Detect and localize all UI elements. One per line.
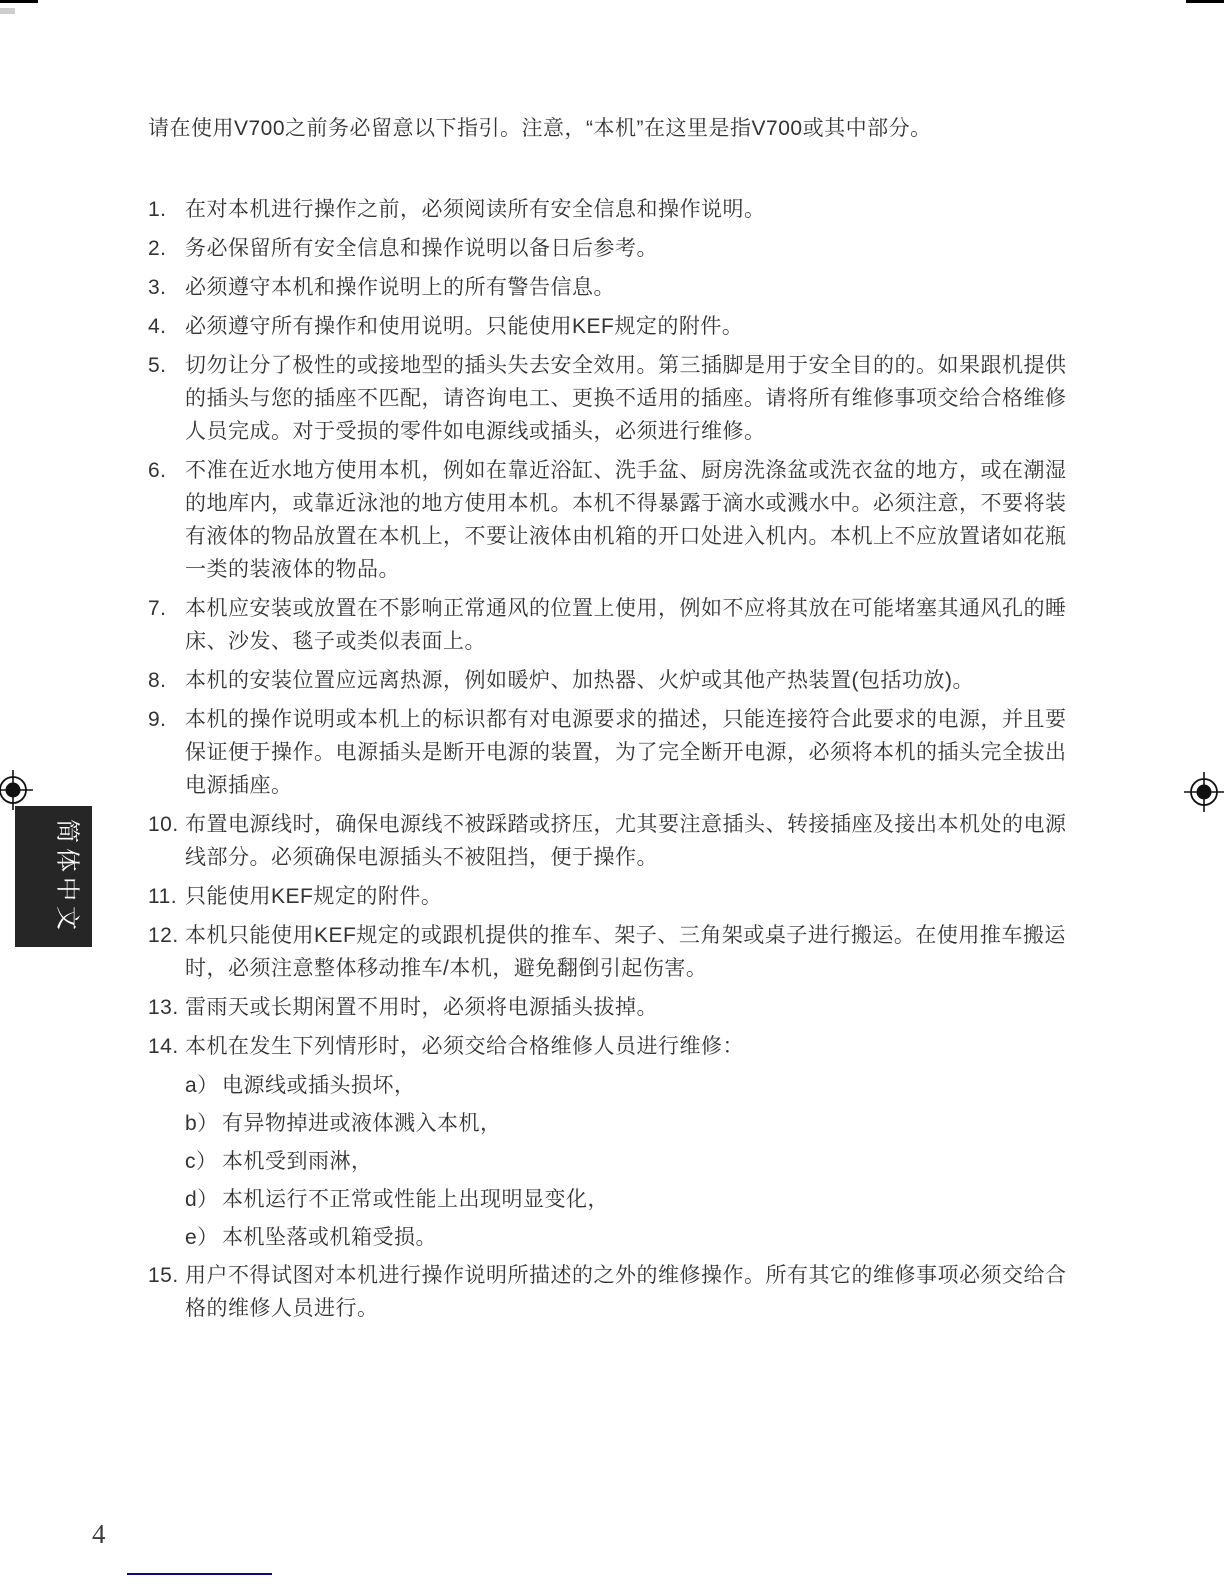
sub-list-item: c） 本机受到雨淋， xyxy=(185,1145,1080,1178)
item-number: 8. xyxy=(148,664,185,697)
item-text: 切勿让分了极性的或接地型的插头失去安全效用。第三插脚是用于安全目的的。如果跟机提… xyxy=(185,349,1080,448)
item-number: 15. xyxy=(148,1259,185,1325)
item-text: 必须遵守本机和操作说明上的所有警告信息。 xyxy=(185,271,1080,304)
footer-rule xyxy=(127,1573,272,1575)
item-text: 本机在发生下列情形时，必须交给合格维修人员进行维修： xyxy=(185,1030,1080,1063)
item-text: 本机的安装位置应远离热源，例如暖炉、加热器、火炉或其他产热装置(包括功放)。 xyxy=(185,664,1080,697)
sub-item-letter: a） xyxy=(185,1069,222,1102)
sub-item-letter: d） xyxy=(185,1183,222,1216)
list-item: 11. 只能使用KEF规定的附件。 xyxy=(148,880,1080,913)
list-item: 15. 用户不得试图对本机进行操作说明所描述的之外的维修操作。所有其它的维修事项… xyxy=(148,1259,1080,1325)
crop-mark-top-left-icon xyxy=(0,0,38,3)
list-item: 14. 本机在发生下列情形时，必须交给合格维修人员进行维修： xyxy=(148,1030,1080,1063)
item-number: 11. xyxy=(148,880,185,913)
safety-instructions: 请在使用V700之前务必留意以下指引。注意，“本机”在这里是指V700或其中部分… xyxy=(148,112,1080,1331)
item-number: 13. xyxy=(148,991,185,1024)
list-item: 8. 本机的安装位置应远离热源，例如暖炉、加热器、火炉或其他产热装置(包括功放)… xyxy=(148,664,1080,697)
list-item: 6. 不准在近水地方使用本机，例如在靠近浴缸、洗手盆、厨房洗涤盆或洗衣盆的地方，… xyxy=(148,454,1080,586)
item-text: 不准在近水地方使用本机，例如在靠近浴缸、洗手盆、厨房洗涤盆或洗衣盆的地方，或在潮… xyxy=(185,454,1080,586)
sub-list-item: b） 有异物掉进或液体溅入本机， xyxy=(185,1107,1080,1140)
item-number: 5. xyxy=(148,349,185,448)
item-number: 2. xyxy=(148,232,185,265)
list-item: 4. 必须遵守所有操作和使用说明。只能使用KEF规定的附件。 xyxy=(148,310,1080,343)
item-number: 10. xyxy=(148,808,185,874)
item-number: 7. xyxy=(148,592,185,658)
item-number: 9. xyxy=(148,703,185,802)
item-number: 4. xyxy=(148,310,185,343)
list-item: 13. 雷雨天或长期闲置不用时，必须将电源插头拔掉。 xyxy=(148,991,1080,1024)
item-text: 在对本机进行操作之前，必须阅读所有安全信息和操作说明。 xyxy=(185,193,1080,226)
sub-item-letter: e） xyxy=(185,1221,222,1254)
item-text: 布置电源线时，确保电源线不被踩踏或挤压，尤其要注意插头、转接插座及接出本机处的电… xyxy=(185,808,1080,874)
intro-text: 请在使用V700之前务必留意以下指引。注意，“本机”在这里是指V700或其中部分… xyxy=(148,112,1080,145)
sub-list-item: a） 电源线或插头损坏， xyxy=(185,1069,1080,1102)
item-text: 本机只能使用KEF规定的或跟机提供的推车、架子、三角架或桌子进行搬运。在使用推车… xyxy=(185,919,1080,985)
side-tab-label: 简体中文 xyxy=(52,819,87,935)
item-number: 1. xyxy=(148,193,185,226)
item-text: 务必保留所有安全信息和操作说明以备日后参考。 xyxy=(185,232,1080,265)
registration-mark-icon xyxy=(1182,770,1224,814)
item-number: 6. xyxy=(148,454,185,586)
item-text: 只能使用KEF规定的附件。 xyxy=(185,880,1080,913)
sub-list-item: d） 本机运行不正常或性能上出现明显变化， xyxy=(185,1183,1080,1216)
sub-item-text: 本机受到雨淋， xyxy=(222,1145,1080,1178)
list-item: 7. 本机应安装或放置在不影响正常通风的位置上使用，例如不应将其放在可能堵塞其通… xyxy=(148,592,1080,658)
item-text: 必须遵守所有操作和使用说明。只能使用KEF规定的附件。 xyxy=(185,310,1080,343)
list-item: 10. 布置电源线时，确保电源线不被踩踏或挤压，尤其要注意插头、转接插座及接出本… xyxy=(148,808,1080,874)
crop-mark-top-right-icon xyxy=(1186,0,1224,3)
list-item: 9. 本机的操作说明或本机上的标识都有对电源要求的描述，只能连接符合此要求的电源… xyxy=(148,703,1080,802)
list-item: 5. 切勿让分了极性的或接地型的插头失去安全效用。第三插脚是用于安全目的的。如果… xyxy=(148,349,1080,448)
sub-item-text: 本机坠落或机箱受损。 xyxy=(222,1221,1080,1254)
item-text: 本机应安装或放置在不影响正常通风的位置上使用，例如不应将其放在可能堵塞其通风孔的… xyxy=(185,592,1080,658)
crop-smudge xyxy=(0,8,15,14)
item-text: 本机的操作说明或本机上的标识都有对电源要求的描述，只能连接符合此要求的电源，并且… xyxy=(185,703,1080,802)
list-item: 3. 必须遵守本机和操作说明上的所有警告信息。 xyxy=(148,271,1080,304)
sub-list-item: e） 本机坠落或机箱受损。 xyxy=(185,1221,1080,1254)
sub-item-letter: c） xyxy=(185,1145,222,1178)
list-item: 1. 在对本机进行操作之前，必须阅读所有安全信息和操作说明。 xyxy=(148,193,1080,226)
manual-page: 简体中文 请在使用V700之前务必留意以下指引。注意，“本机”在这里是指V700… xyxy=(0,0,1224,1584)
item-number: 12. xyxy=(148,919,185,985)
sub-item-text: 电源线或插头损坏， xyxy=(222,1069,1080,1102)
page-number: 4 xyxy=(92,1519,106,1550)
list-item: 12. 本机只能使用KEF规定的或跟机提供的推车、架子、三角架或桌子进行搬运。在… xyxy=(148,919,1080,985)
item-number: 3. xyxy=(148,271,185,304)
item-text: 用户不得试图对本机进行操作说明所描述的之外的维修操作。所有其它的维修事项必须交给… xyxy=(185,1259,1080,1325)
sub-item-text: 本机运行不正常或性能上出现明显变化， xyxy=(222,1183,1080,1216)
language-side-tab: 简体中文 xyxy=(15,806,92,947)
list-item: 2. 务必保留所有安全信息和操作说明以备日后参考。 xyxy=(148,232,1080,265)
sub-item-text: 有异物掉进或液体溅入本机， xyxy=(222,1107,1080,1140)
item-text: 雷雨天或长期闲置不用时，必须将电源插头拔掉。 xyxy=(185,991,1080,1024)
item-number: 14. xyxy=(148,1030,185,1063)
sub-item-letter: b） xyxy=(185,1107,222,1140)
